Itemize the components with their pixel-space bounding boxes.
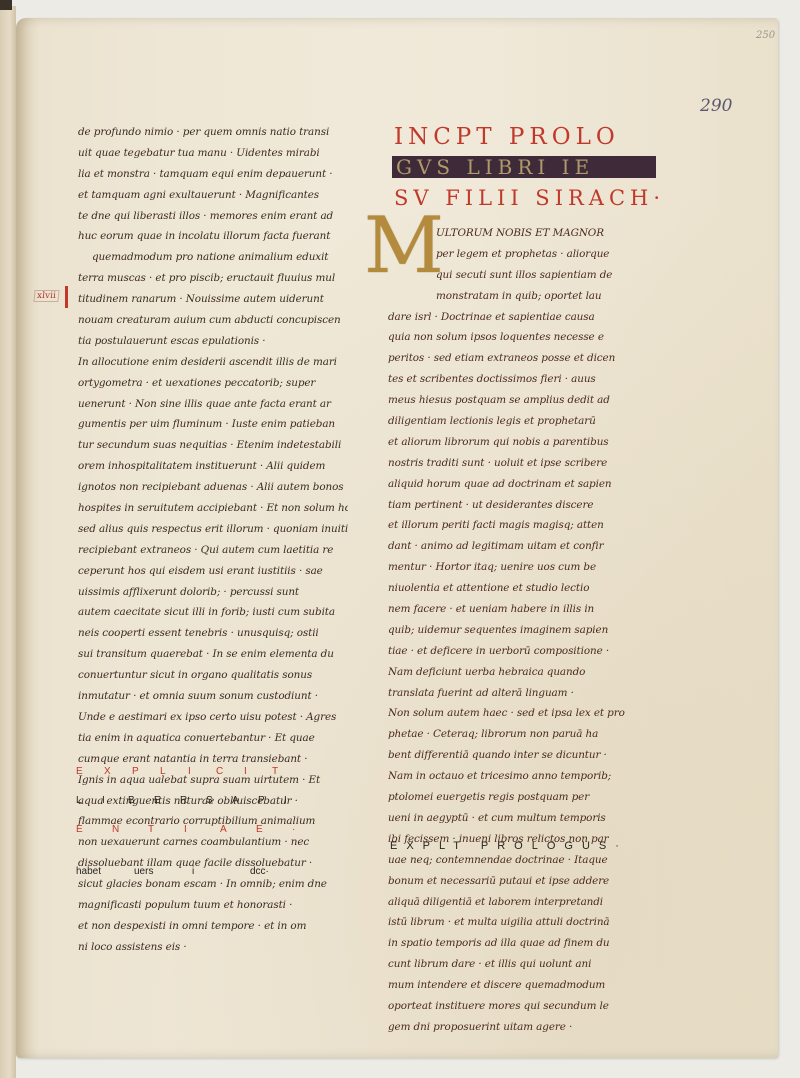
text-line: tia postulauerunt escas epulationis ·	[78, 331, 348, 352]
text-line: diligentiam lectionis legis et prophetar…	[388, 411, 658, 432]
text-line: per legem et prophetas · aliorque	[388, 244, 658, 265]
text-line: recipiebant extraneos · Qui autem cum la…	[78, 540, 348, 561]
text-line: titudinem ranarum · Nouissime autem uide…	[78, 289, 348, 310]
text-line: cunt librum dare · et illis qui uolunt a…	[388, 954, 658, 975]
text-line: nouam creaturam auium cum abducti concup…	[78, 310, 348, 331]
explicit-letter: A	[232, 795, 258, 806]
explicit-letter: I	[184, 824, 220, 835]
text-line: istū librum · et multa uigilia attuli do…	[388, 912, 658, 933]
explicit-letter: i	[192, 866, 250, 877]
text-line: tiae · et deficere in uerborū compositio…	[388, 641, 658, 662]
explicit-letter: I	[188, 766, 216, 777]
text-line: et non despexisti in omni tempore · et i…	[78, 916, 348, 937]
explicit-letter: X	[104, 766, 132, 777]
folio-number: 290	[700, 96, 732, 116]
text-line: non uexauerunt carnes coambulantium · ne…	[78, 832, 348, 853]
text-line: Non solum autem haec · sed et ipsa lex e…	[388, 703, 658, 724]
explicit-letter: L	[76, 795, 102, 806]
text-line: ptolomei euergetis regis postquam per	[388, 787, 658, 808]
margin-chapter-note: xlvii	[33, 290, 59, 302]
text-line: mum intendere et discere quemadmodum	[388, 975, 658, 996]
text-line: translata fuerint ad alterā linguam ·	[388, 683, 658, 704]
text-line: inmutatur · et omnia suum sonum custodiu…	[78, 686, 348, 707]
text-line: neis cooperti essent tenebris · unusquis…	[78, 623, 348, 644]
text-line: gem dni proposuerint uitam agere ·	[388, 1017, 658, 1038]
explicit-line-4-verse-count: habetuersidcc·	[76, 866, 308, 877]
explicit-letter: ·	[292, 824, 328, 835]
text-line: tes et scribentes doctissimos fieri · au…	[388, 369, 658, 390]
explicit-letter: P	[258, 795, 284, 806]
text-line: et illorum periti facti magis magisq; at…	[388, 515, 658, 536]
explicit-letter: R	[180, 795, 206, 806]
explicit-letter: I	[244, 766, 272, 777]
text-line: nostris traditi sunt · uoluit et ipse sc…	[388, 453, 658, 474]
text-line: et aliorum librorum qui nobis a parentib…	[388, 432, 658, 453]
explicit-letter: habet	[76, 866, 134, 877]
text-line: hospites in seruitutem accipiebant · Et …	[78, 498, 348, 519]
text-line: te dne qui liberasti illos · memores eni…	[78, 206, 348, 227]
text-line: Unde e aestimari ex ipso certo uisu pote…	[78, 707, 348, 728]
text-line: quib; uidemur sequentes imaginem sapien	[388, 620, 658, 641]
explicit-letter: I	[102, 795, 128, 806]
text-line: sui transitum quaerebat · In se enim ele…	[78, 644, 348, 665]
text-line: tiam pertinent · ut desiderantes discere	[388, 495, 658, 516]
text-line: sed alius quis respectus erit illorum · …	[78, 519, 348, 540]
text-line: uissimis afflixerunt dolorib; · percussi…	[78, 582, 348, 603]
text-line: ueni in aegyptū · et cum multum temporis	[388, 808, 658, 829]
text-line: quia non solum ipsos loquentes necesse e	[388, 327, 658, 348]
explicit-letter: E	[154, 795, 180, 806]
text-line: uenerunt · Non sine illis quae ante fact…	[78, 394, 348, 415]
explicit-line-2: LIBERSAPI	[76, 795, 310, 806]
explicit-letter: T	[148, 824, 184, 835]
text-line: autem caecitate sicut illi in forib; ius…	[78, 602, 348, 623]
text-line: sicut glacies bonam escam · In omnib; en…	[78, 874, 348, 895]
text-line: de profundo nimio · per quem omnis natio…	[78, 122, 348, 143]
explicit-letter: N	[112, 824, 148, 835]
text-line: ULTORUM NOBIS ET MAGNOR	[388, 223, 658, 244]
text-line: oporteat instituere mores qui secundum l…	[388, 996, 658, 1017]
binding-shadow	[0, 0, 12, 10]
text-line: tur secundum suas nequitias · Etenim ind…	[78, 435, 348, 456]
explicit-letter: dcc·	[250, 866, 308, 877]
text-line: dant · animo ad legitimam uitam et confi…	[388, 536, 658, 557]
text-line: ignotos non recipiebant aduenas · Alii a…	[78, 477, 348, 498]
previous-page-edge	[0, 6, 16, 1078]
text-line: In allocutione enim desiderii ascendit i…	[78, 352, 348, 373]
explicit-line-1: EXPLICIT	[76, 766, 300, 777]
text-line: aliquid horum quae ad doctrinam et sapie…	[388, 474, 658, 495]
explicit-line-3: ENTIAE·	[76, 824, 328, 835]
text-line: ortygometra · et uexationes peccatorib; …	[78, 373, 348, 394]
text-line: orem inhospitalitatem instituerunt · Ali…	[78, 456, 348, 477]
text-line: bent differentiā quando inter se dicuntu…	[388, 745, 658, 766]
pencil-folio-number: 250	[756, 30, 775, 41]
explicit-letter: L	[160, 766, 188, 777]
text-line: aliquā diligentiā et laborem interpretan…	[388, 892, 658, 913]
text-line: in spatio temporis ad illa quae ad finem…	[388, 933, 658, 954]
explicit-letter: E	[76, 766, 104, 777]
text-line: gumentis per uim fluminum · Iuste enim p…	[78, 414, 348, 435]
text-line: lia et monstra · tamquam equi enim depau…	[78, 164, 348, 185]
text-line: qui secuti sunt illos sapientiam de	[388, 265, 658, 286]
text-line: nem facere · et ueniam habere in illis i…	[388, 599, 658, 620]
explicit-letter: E	[76, 824, 112, 835]
text-line: et tamquam agni exultauerunt · Magnifica…	[78, 185, 348, 206]
text-line: magnificasti populum tuum et honorasti ·	[78, 895, 348, 916]
text-line: mentur · Hortor itaq; uenire uos cum be	[388, 557, 658, 578]
text-line: conuertuntur sicut in organo qualitatis …	[78, 665, 348, 686]
explicit-letter: B	[128, 795, 154, 806]
text-line: Nam in octauo et tricesimo anno temporib…	[388, 766, 658, 787]
explicit-letter: C	[216, 766, 244, 777]
text-line: bonum et necessariū putaui et ipse adder…	[388, 871, 658, 892]
text-line: ni loco assistens eis ·	[78, 937, 348, 958]
explicit-letter: I	[284, 795, 310, 806]
explicit-letter: T	[272, 766, 300, 777]
text-line: tia enim in aquatica conuertebantur · Et…	[78, 728, 348, 749]
explicit-prologus: EXPLT PROLOGUS·	[390, 840, 628, 852]
text-line: quemadmodum pro natione animalium eduxit	[78, 247, 348, 268]
text-line: Nam deficiunt uerba hebraica quando	[388, 662, 658, 683]
text-line: terra muscas · et pro piscib; eructauit …	[78, 268, 348, 289]
text-line: uae neq; contemnendae doctrinae · Itaque	[388, 850, 658, 871]
right-text-column: ULTORUM NOBIS ET MAGNORper legem et prop…	[388, 223, 658, 1038]
text-line: peritos · sed etiam extraneos posse et d…	[388, 348, 658, 369]
explicit-letter: S	[206, 795, 232, 806]
text-line: dare isrl · Doctrinae et sapientiae caus…	[388, 307, 658, 328]
text-line: monstratam in quib; oportet lau	[388, 286, 658, 307]
text-line: meus hiesus postquam se amplius dedit ad	[388, 390, 658, 411]
text-line: huc eorum quae in incolatu illorum facta…	[78, 226, 348, 247]
explicit-letter: P	[132, 766, 160, 777]
text-line: ceperunt hos qui eisdem usi erant iustit…	[78, 561, 348, 582]
text-line: phetae · Ceteraq; librorum non paruā ha	[388, 724, 658, 745]
explicit-letter: A	[220, 824, 256, 835]
text-line: niuolentia et attentione et studio lecti…	[388, 578, 658, 599]
explicit-letter: E	[256, 824, 292, 835]
red-initial-mark	[65, 286, 68, 308]
explicit-letter: uers	[134, 866, 192, 877]
incipit-title-line-1: INCPT PROLO	[394, 124, 620, 150]
incipit-title-line-2-band: GVS LIBRI IE	[392, 156, 656, 178]
text-line: uit quae tegebatur tua manu · Uidentes m…	[78, 143, 348, 164]
